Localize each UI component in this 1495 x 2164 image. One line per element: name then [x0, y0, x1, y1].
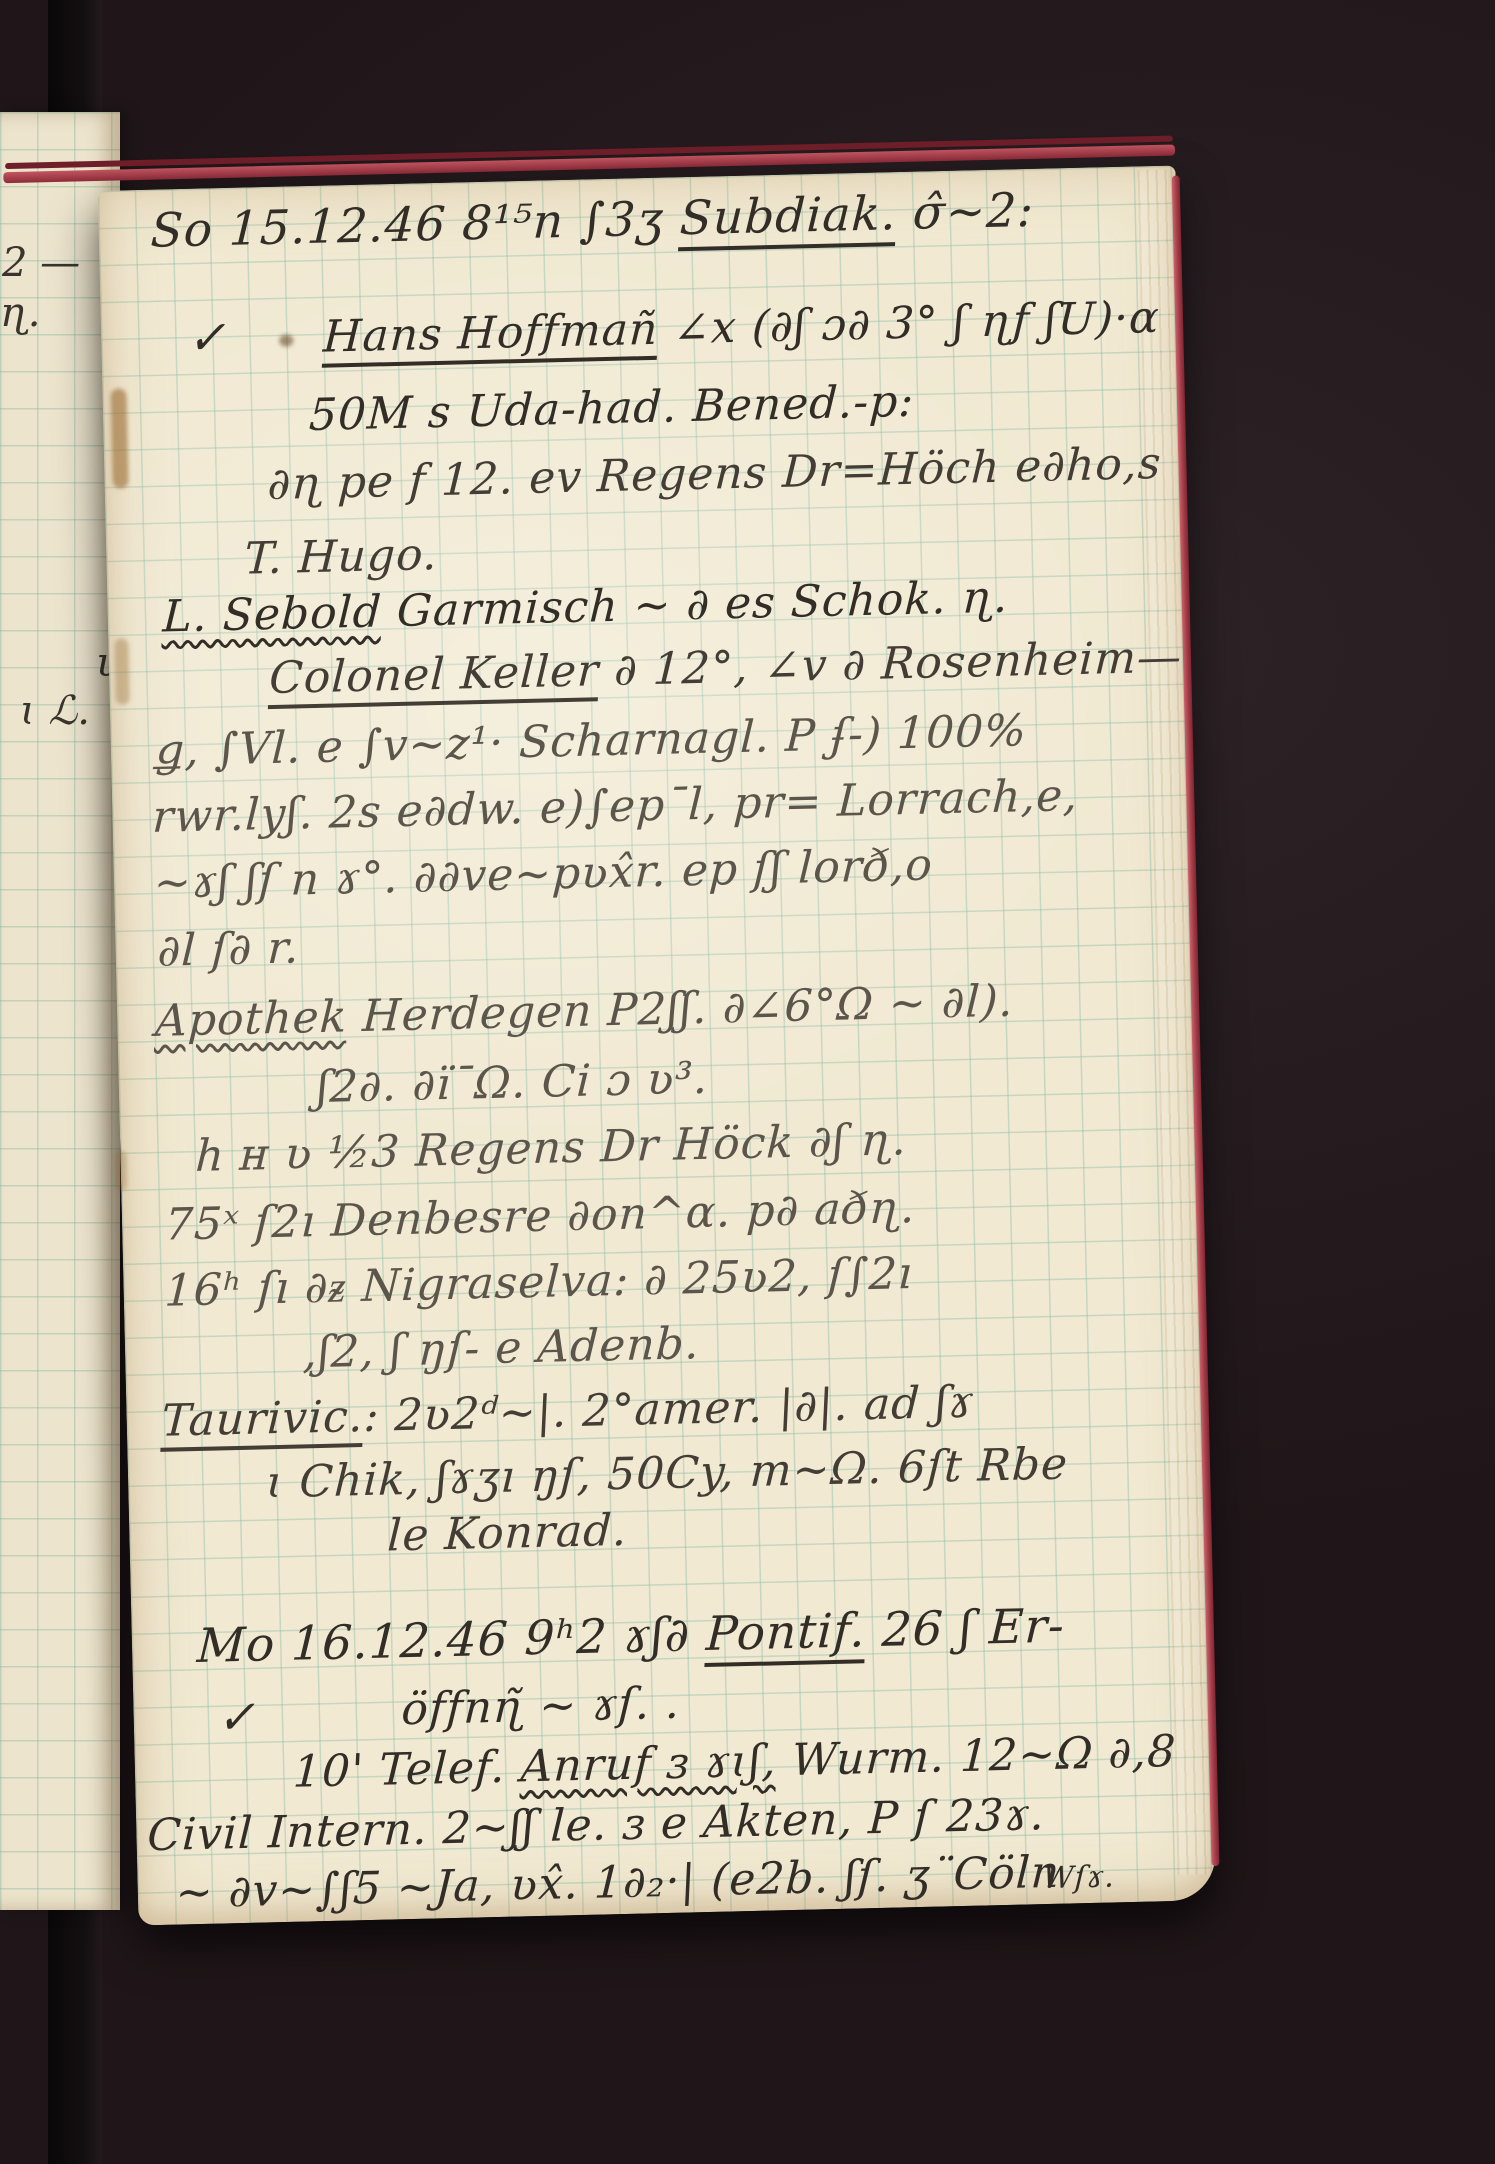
- line-text: Garmisch ~ ∂ es Schok. ɳ.: [381, 572, 1010, 638]
- line-text: Herdegen P2ʃʃ. ∂∠6°Ω ~ ∂l).: [346, 976, 1015, 1043]
- line-text: Wſɤ.: [1042, 1859, 1116, 1896]
- handwriting-line: Hans Hoffmañ ∠x (∂ʃ ɔ∂ 3° ʃ ɳf ʃU)·ɑ: [322, 292, 1161, 363]
- line-text-underlined: Subdiak.: [678, 186, 898, 251]
- stain: [114, 1151, 127, 1191]
- line-text: ∠x (∂ʃ ɔ∂ 3° ʃ ɳf ʃU)·ɑ: [657, 292, 1161, 355]
- handwriting-line: ɩ Chik, ʃɤʒı ŋſ, 50Cy, m~Ω. 6ſt Rbe: [265, 1438, 1069, 1508]
- line-text: ~ɤʃ ʃſ n ɤ°. ∂∂ve~pʋx̂r. ep ſʃ lorð,o: [153, 839, 934, 908]
- handwriting-line: ~ ∂v~∫ʃ5 ~Ja, ʋx̂. 1∂₂·| (e2b. ʃſ. ʒ¨Cöl…: [175, 1847, 1062, 1919]
- stain: [110, 388, 128, 488]
- line-text: So 15.12.46 8¹⁵n ∫3ʒ: [149, 191, 681, 259]
- checkmark: ✓: [216, 1690, 256, 1745]
- stain: [279, 334, 293, 346]
- line-text: 10' Telef.: [292, 1741, 522, 1797]
- handwriting-line: 16ʰ ſı ∂ᵶ Nigraselva: ∂ 25ʋ2, ſ∫2ı: [163, 1248, 914, 1317]
- line-text: T. Hugo.: [243, 529, 439, 585]
- handwriting-line: ∂ɳ pe f 12. ev Regens Dr=Höch e∂ho,s: [266, 438, 1162, 510]
- line-text-underlined: Pontif.: [705, 1603, 868, 1667]
- handwriting-line: 75ˣ ſ2ı Denbesre ∂on^α. p∂ aðɳ.: [164, 1182, 917, 1251]
- line-text: ∂ 12°, ∠v ∂ Rosenheim—: [598, 631, 1183, 696]
- line-text: 50M s Uda-had. Bened.-p:: [308, 376, 916, 441]
- line-text: h ʜ ʋ ½3 Regens Dr Höck ∂ʃ ɳ.: [194, 1114, 908, 1182]
- handwriting-line: ~ɤʃ ʃſ n ɤ°. ∂∂ve~pʋx̂r. ep ſʃ lorð,o: [153, 839, 934, 908]
- line-text-underlined: L. Sebold: [162, 586, 384, 643]
- notebook-page: So 15.12.46 8¹⁵n ∫3ʒ Subdiak. σ̂~2: ✓ Ha…: [98, 166, 1217, 1926]
- handwriting-line: Colonel Keller ∂ 12°, ∠v ∂ Rosenheim—: [268, 631, 1183, 704]
- line-text: ǥ, ∫Vl. e ∫v~z¹· Scharnagl. P ʄ-) 100%: [155, 705, 1028, 777]
- line-text: öffnɳ̃ ~ ɤſ. .: [400, 1678, 681, 1736]
- line-text: Mo 16.12.46 9ʰ2 ɤʃ∂: [196, 1607, 708, 1674]
- line-text: rwr.lyʃ. 2s e∂dw. e)∫ep¯l, pr= Lorrach,e…: [151, 770, 1079, 843]
- line-text: ,ʃ2, ʃ ŋſ- e Adenb.: [302, 1318, 701, 1378]
- line-text: : 2ʋ2ᵈ~|. 2°amer. |∂|. ad ʃɤ: [363, 1377, 976, 1442]
- handwriting-line: le Konrad.: [386, 1505, 628, 1562]
- handwriting-line: ǥ, ∫Vl. e ∫v~z¹· Scharnagl. P ʄ-) 100%: [155, 705, 1028, 777]
- line-text-underlined: Colonel Keller: [268, 645, 601, 709]
- handwriting-line: rwr.lyʃ. 2s e∂dw. e)∫ep¯l, pr= Lorrach,e…: [151, 770, 1079, 843]
- line-text: ∂l ſ∂ r.: [156, 922, 300, 976]
- line-text: ʃ2∂. ∂ï¯Ω. Ci ɔ ʋ³.: [316, 1053, 710, 1113]
- handwriting-line: 10' Telef. Anruf ɜ ɤɩʃ, Wurm. 12~Ω ∂,8: [292, 1726, 1178, 1798]
- handwriting-line: Apothek Herdegen P2ʃʃ. ∂∠6°Ω ~ ∂l).: [154, 976, 1015, 1047]
- handwriting-line: T. Hugo.: [243, 529, 439, 585]
- line-text: 75ˣ ſ2ı Denbesre ∂on^α. p∂ aðɳ.: [164, 1182, 917, 1251]
- line-text-underlined: Apothek: [154, 991, 349, 1048]
- checkmark: ✓: [187, 310, 227, 365]
- notebook: So 15.12.46 8¹⁵n ∫3ʒ Subdiak. σ̂~2: ✓ Ha…: [98, 166, 1217, 1926]
- handwriting-line: ∂l ſ∂ r.: [156, 922, 300, 976]
- page-fragment: 2 —: [2, 240, 80, 286]
- line-text: Wurm. 12~Ω ∂,8: [776, 1726, 1178, 1786]
- page-fragment: ɩ ℒ.: [20, 688, 90, 734]
- line-text-underlined: Hans Hoffmañ: [322, 304, 660, 368]
- page-fragment: ɳ.: [0, 290, 40, 336]
- line-text-underlined: Anruf ɜ ɤɩʃ,: [520, 1735, 778, 1793]
- line-text: le Konrad.: [386, 1505, 628, 1562]
- line-text: σ̂~2:: [896, 183, 1036, 241]
- handwriting-line: öffnɳ̃ ~ ɤſ. .: [400, 1678, 681, 1736]
- handwriting-line: ʃ2∂. ∂ï¯Ω. Ci ɔ ʋ³.: [316, 1053, 710, 1113]
- line-text: ∂ɳ pe f 12. ev Regens Dr=Höch e∂ho,s: [266, 438, 1162, 510]
- handwriting-line: 50M s Uda-had. Bened.-p:: [308, 376, 916, 441]
- handwriting-line: ,ʃ2, ʃ ŋſ- e Adenb.: [302, 1318, 701, 1378]
- handwriting-line: h ʜ ʋ ½3 Regens Dr Höck ∂ʃ ɳ.: [194, 1114, 908, 1182]
- line-text-underlined: Taurivic.: [160, 1391, 365, 1452]
- handwriting-line: Taurivic.: 2ʋ2ᵈ~|. 2°amer. |∂|. ad ʃɤ: [161, 1377, 976, 1447]
- date-heading-sat: So 15.12.46 8¹⁵n ∫3ʒ Subdiak. σ̂~2:: [149, 183, 1035, 259]
- line-text: ~ ∂v~∫ʃ5 ~Ja, ʋx̂. 1∂₂·| (e2b. ʃſ. ʒ¨Cöl…: [175, 1847, 1062, 1919]
- line-text: ɩ Chik, ʃɤʒı ŋſ, 50Cy, m~Ω. 6ſt Rbe: [265, 1438, 1069, 1508]
- photo-background: 2 — ɳ. ʋ ɩ ℒ. So 15.12.46 8¹⁵n ∫3ʒ Subdi…: [0, 0, 1495, 2164]
- line-text: 16ʰ ſı ∂ᵶ Nigraselva: ∂ 25ʋ2, ſ∫2ı: [163, 1248, 914, 1317]
- line-text: 26 ʃ Er-: [865, 1599, 1067, 1659]
- stain: [114, 638, 130, 704]
- handwriting-line: Wſɤ.: [1042, 1859, 1116, 1896]
- date-heading-mon: Mo 16.12.46 9ʰ2 ɤʃ∂ Pontif. 26 ʃ Er-: [196, 1599, 1066, 1675]
